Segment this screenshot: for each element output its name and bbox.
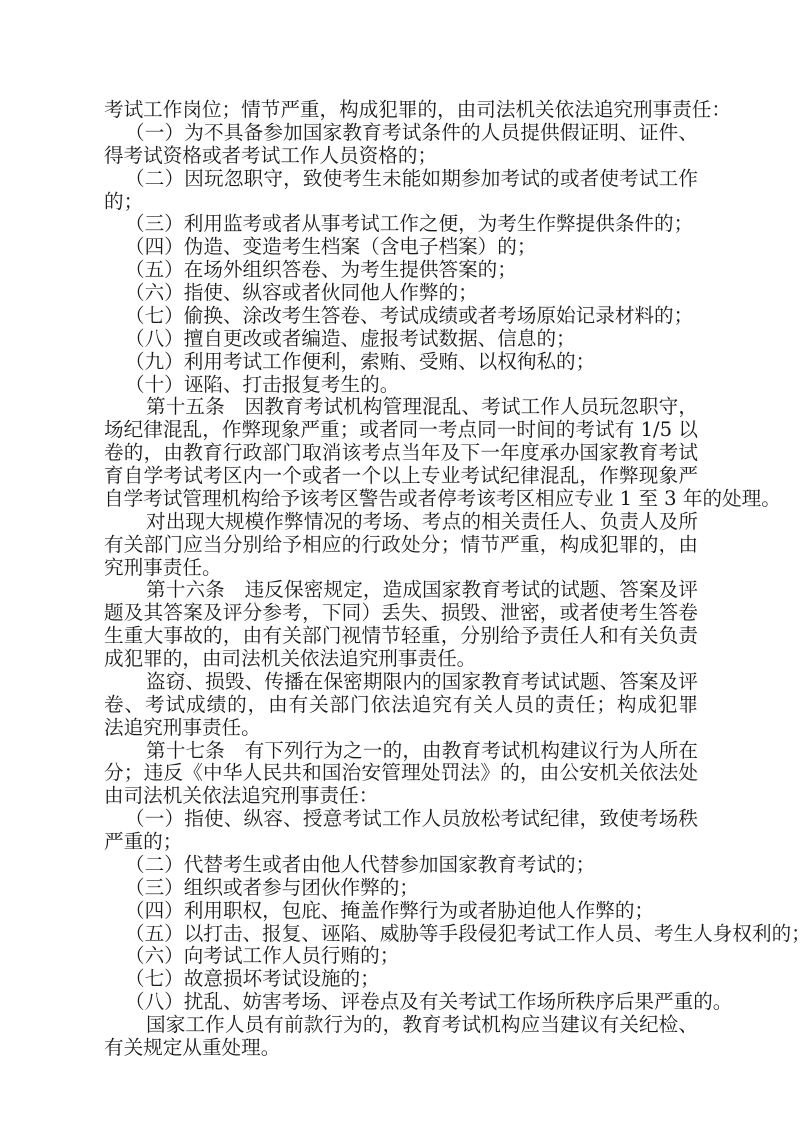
text-line: （三）利用监考或者从事考试工作之便，为考生作弊提供条件的； [104,213,698,236]
text-line: 成犯罪的，由司法机关依法追究刑事责任。 [104,648,698,671]
text-line: 第十五条 因教育考试机构管理混乱、考试工作人员玩忽职守，造成考点或者考 [104,396,698,419]
text-line: （五）以打击、报复、诬陷、威胁等手段侵犯考试工作人员、考生人身权利的； [104,923,698,946]
text-line: （九）利用考试工作便利，索贿、受贿、以权徇私的； [104,351,698,374]
text-line: （二）代替考生或者由他人代替参加国家教育考试的； [104,854,698,877]
text-line: 法追究刑事责任。 [104,717,698,740]
text-line: 第十六条 违反保密规定，造成国家教育考试的试题、答案及评分参考（包括副 [104,579,698,602]
text-line: （十）诬陷、打击报复考生的。 [104,374,698,397]
text-line: （八）扰乱、妨害考场、评卷点及有关考试工作场所秩序后果严重的。 [104,991,698,1014]
text-line: 有关规定从重处理。 [104,1037,698,1060]
document-body: 考试工作岗位；情节严重，构成犯罪的，由司法机关依法追究刑事责任：（一）为不具备参… [104,99,698,1060]
text-line: 卷的，由教育行政部门取消该考点当年及下一年度承办国家教育考试的资格；高等教 [104,442,698,465]
text-line: （六）向考试工作人员行贿的； [104,945,698,968]
text-line: （七）故意损坏考试设施的； [104,968,698,991]
text-line: （六）指使、纵容或者伙同他人作弊的； [104,282,698,305]
text-line: 场纪律混乱，作弊现象严重；或者同一考点同一时间的考试有 1/5 以上考场存在雷同 [104,419,698,442]
text-line: （八）擅自更改或者编造、虚报考试数据、信息的； [104,328,698,351]
text-line: （四）利用职权，包庇、掩盖作弊行为或者胁迫他人作弊的； [104,900,698,923]
text-line: （七）偷换、涂改考生答卷、考试成绩或者考场原始记录材料的； [104,305,698,328]
text-line: 究刑事责任。 [104,557,698,580]
text-line: （二）因玩忽职守，致使考生未能如期参加考试的或者使考试工作遭受重大损失 [104,168,698,191]
text-line: （四）伪造、变造考生档案（含电子档案）的； [104,236,698,259]
text-line: 的； [104,191,698,214]
text-line: （一）为不具备参加国家教育考试条件的人员提供假证明、证件、档案，使其取 [104,122,698,145]
text-line: 对出现大规模作弊情况的考场、考点的相关责任人、负责人及所属考区的负责人， [104,511,698,534]
text-line: 分；违反《中华人民共和国治安管理处罚法》的，由公安机关依法处理；构成犯罪的， [104,762,698,785]
text-line: 自学考试管理机构给予该考区警告或者停考该考区相应专业 1 至 3 年的处理。 [104,488,698,511]
text-line: 国家工作人员有前款行为的，教育考试机构应当建议有关纪检、监察部门，根据 [104,1014,698,1037]
text-line: （五）在场外组织答卷、为考生提供答案的； [104,259,698,282]
text-line: 有关部门应当分别给予相应的行政处分；情节严重，构成犯罪的，由司法机关依法追 [104,534,698,557]
text-line: （三）组织或者参与团伙作弊的； [104,877,698,900]
document-page: 考试工作岗位；情节严重，构成犯罪的，由司法机关依法追究刑事责任：（一）为不具备参… [0,0,800,1131]
text-line: 严重的； [104,831,698,854]
text-line: 育自学考试考区内一个或者一个以上专业考试纪律混乱，作弊现象严重，由高等教育 [104,465,698,488]
text-line: 考试工作岗位；情节严重，构成犯罪的，由司法机关依法追究刑事责任： [104,99,698,122]
text-line: 题及其答案及评分参考，下同）丢失、损毁、泄密，或者使考生答卷在保密期限内发 [104,602,698,625]
text-line: 由司法机关依法追究刑事责任： [104,785,698,808]
text-line: 第十七条 有下列行为之一的，由教育考试机构建议行为人所在单位给予行政处 [104,740,698,763]
text-line: 盗窃、损毁、传播在保密期限内的国家教育考试试题、答案及评分参考、考生答 [104,671,698,694]
text-line: 得考试资格或者考试工作人员资格的； [104,145,698,168]
text-line: （一）指使、纵容、授意考试工作人员放松考试纪律，致使考场秩序混乱、作弊 [104,808,698,831]
text-line: 卷、考试成绩的，由有关部门依法追究有关人员的责任；构成犯罪的，由司法机关依 [104,694,698,717]
text-line: 生重大事故的，由有关部门视情节轻重，分别给予责任人和有关负责人行政处分；构 [104,625,698,648]
